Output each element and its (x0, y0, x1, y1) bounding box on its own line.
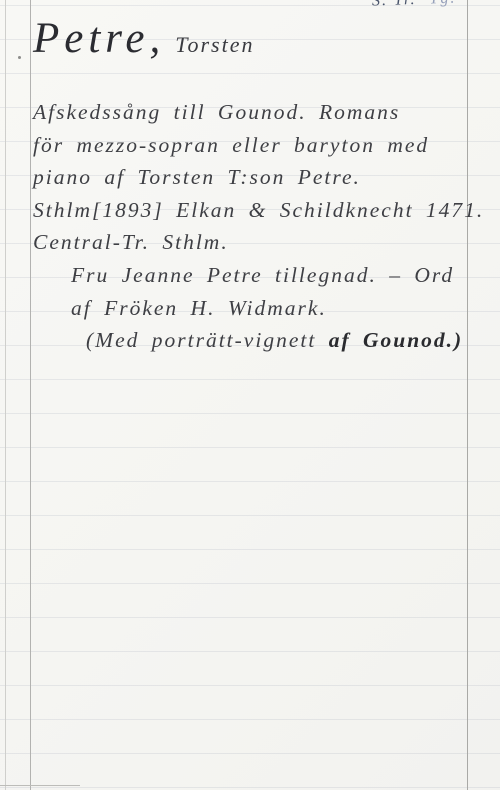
note-emphasis: af Gounod.) (329, 328, 464, 352)
entry-heading: Petre,Torsten (33, 14, 255, 63)
entry-line-5: Central-Tr. Sthlm. (33, 226, 478, 259)
note-line: (Med porträtt-vignett af Gounod.) (86, 324, 478, 357)
shelfmark-annotation: S. Tr. Tg. (371, 0, 456, 10)
shelfmark-ink: S. Tr. (371, 0, 416, 9)
shelfmark-pencil: Tg. (429, 0, 456, 7)
entry-body: Afskedssång till Gounod. Romans för mezz… (33, 96, 478, 357)
catalog-card: S. Tr. Tg. Petre,Torsten Afskedssång til… (0, 0, 500, 790)
entry-line-1: Afskedssång till Gounod. Romans (33, 96, 478, 129)
heading-surname: Petre, (33, 15, 165, 62)
margin-dot (18, 56, 21, 59)
left-edge-line (5, 0, 6, 790)
note-prefix: (Med porträtt-vignett (86, 328, 329, 352)
bottom-edge-line (0, 785, 80, 786)
entry-line-2: för mezzo-sopran eller baryton med (33, 129, 478, 162)
left-margin-line (30, 0, 31, 790)
heading-given-name: Torsten (175, 32, 254, 57)
dedication-line-2: af Fröken H. Widmark. (71, 292, 478, 325)
dedication-line-1: Fru Jeanne Petre tillegnad. – Ord (71, 259, 478, 292)
entry-line-3: piano af Torsten T:son Petre. (33, 161, 478, 194)
entry-line-4: Sthlm[1893] Elkan & Schildknecht 1471. (33, 194, 478, 227)
